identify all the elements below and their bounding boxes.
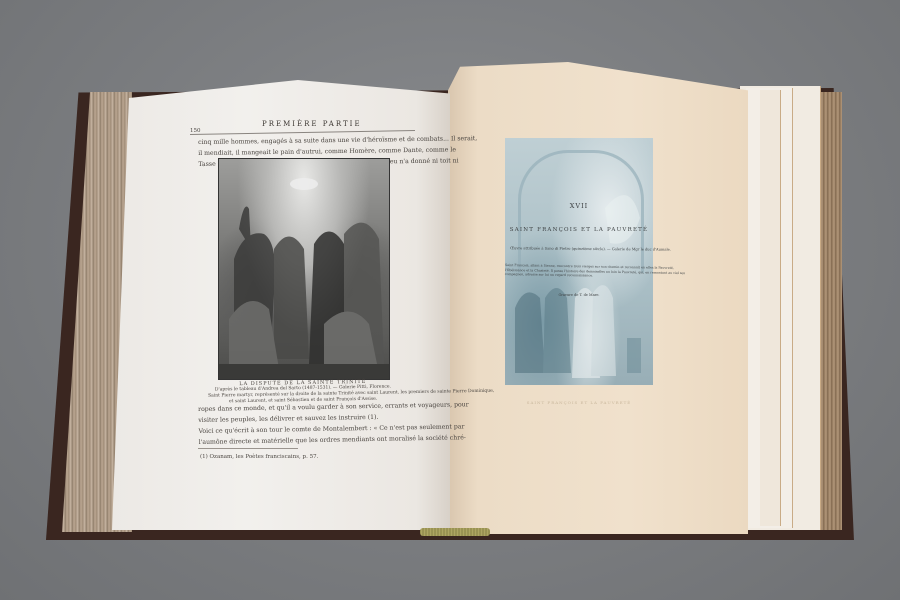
plate-bottom-caption: SAINT FRANÇOIS ET LA PAUVRETÉ <box>505 400 653 405</box>
page-number: 150 <box>190 126 201 137</box>
saints-engraving-icon <box>219 159 389 379</box>
spine-headband <box>420 528 490 536</box>
engraving-illustration <box>218 158 390 380</box>
chapter-number: XVII <box>505 202 653 210</box>
footnote: (1) Ozanam, les Poètes franciscains, p. … <box>200 452 318 463</box>
plate-arch-frame <box>518 150 644 273</box>
running-header: PREMIÈRE PARTIE <box>262 120 362 128</box>
right-page-block-edge <box>820 92 842 530</box>
body-text-bottom: ropes dans ce monde, et qu'il a voulu ga… <box>198 399 469 448</box>
footnote-rule <box>198 448 298 449</box>
leaf <box>760 90 781 526</box>
chapter-title: SAINT FRANÇOIS ET LA PAUVRETÉ <box>505 227 653 233</box>
engraver-credit: Gravure de T. de Mare. <box>505 293 653 297</box>
